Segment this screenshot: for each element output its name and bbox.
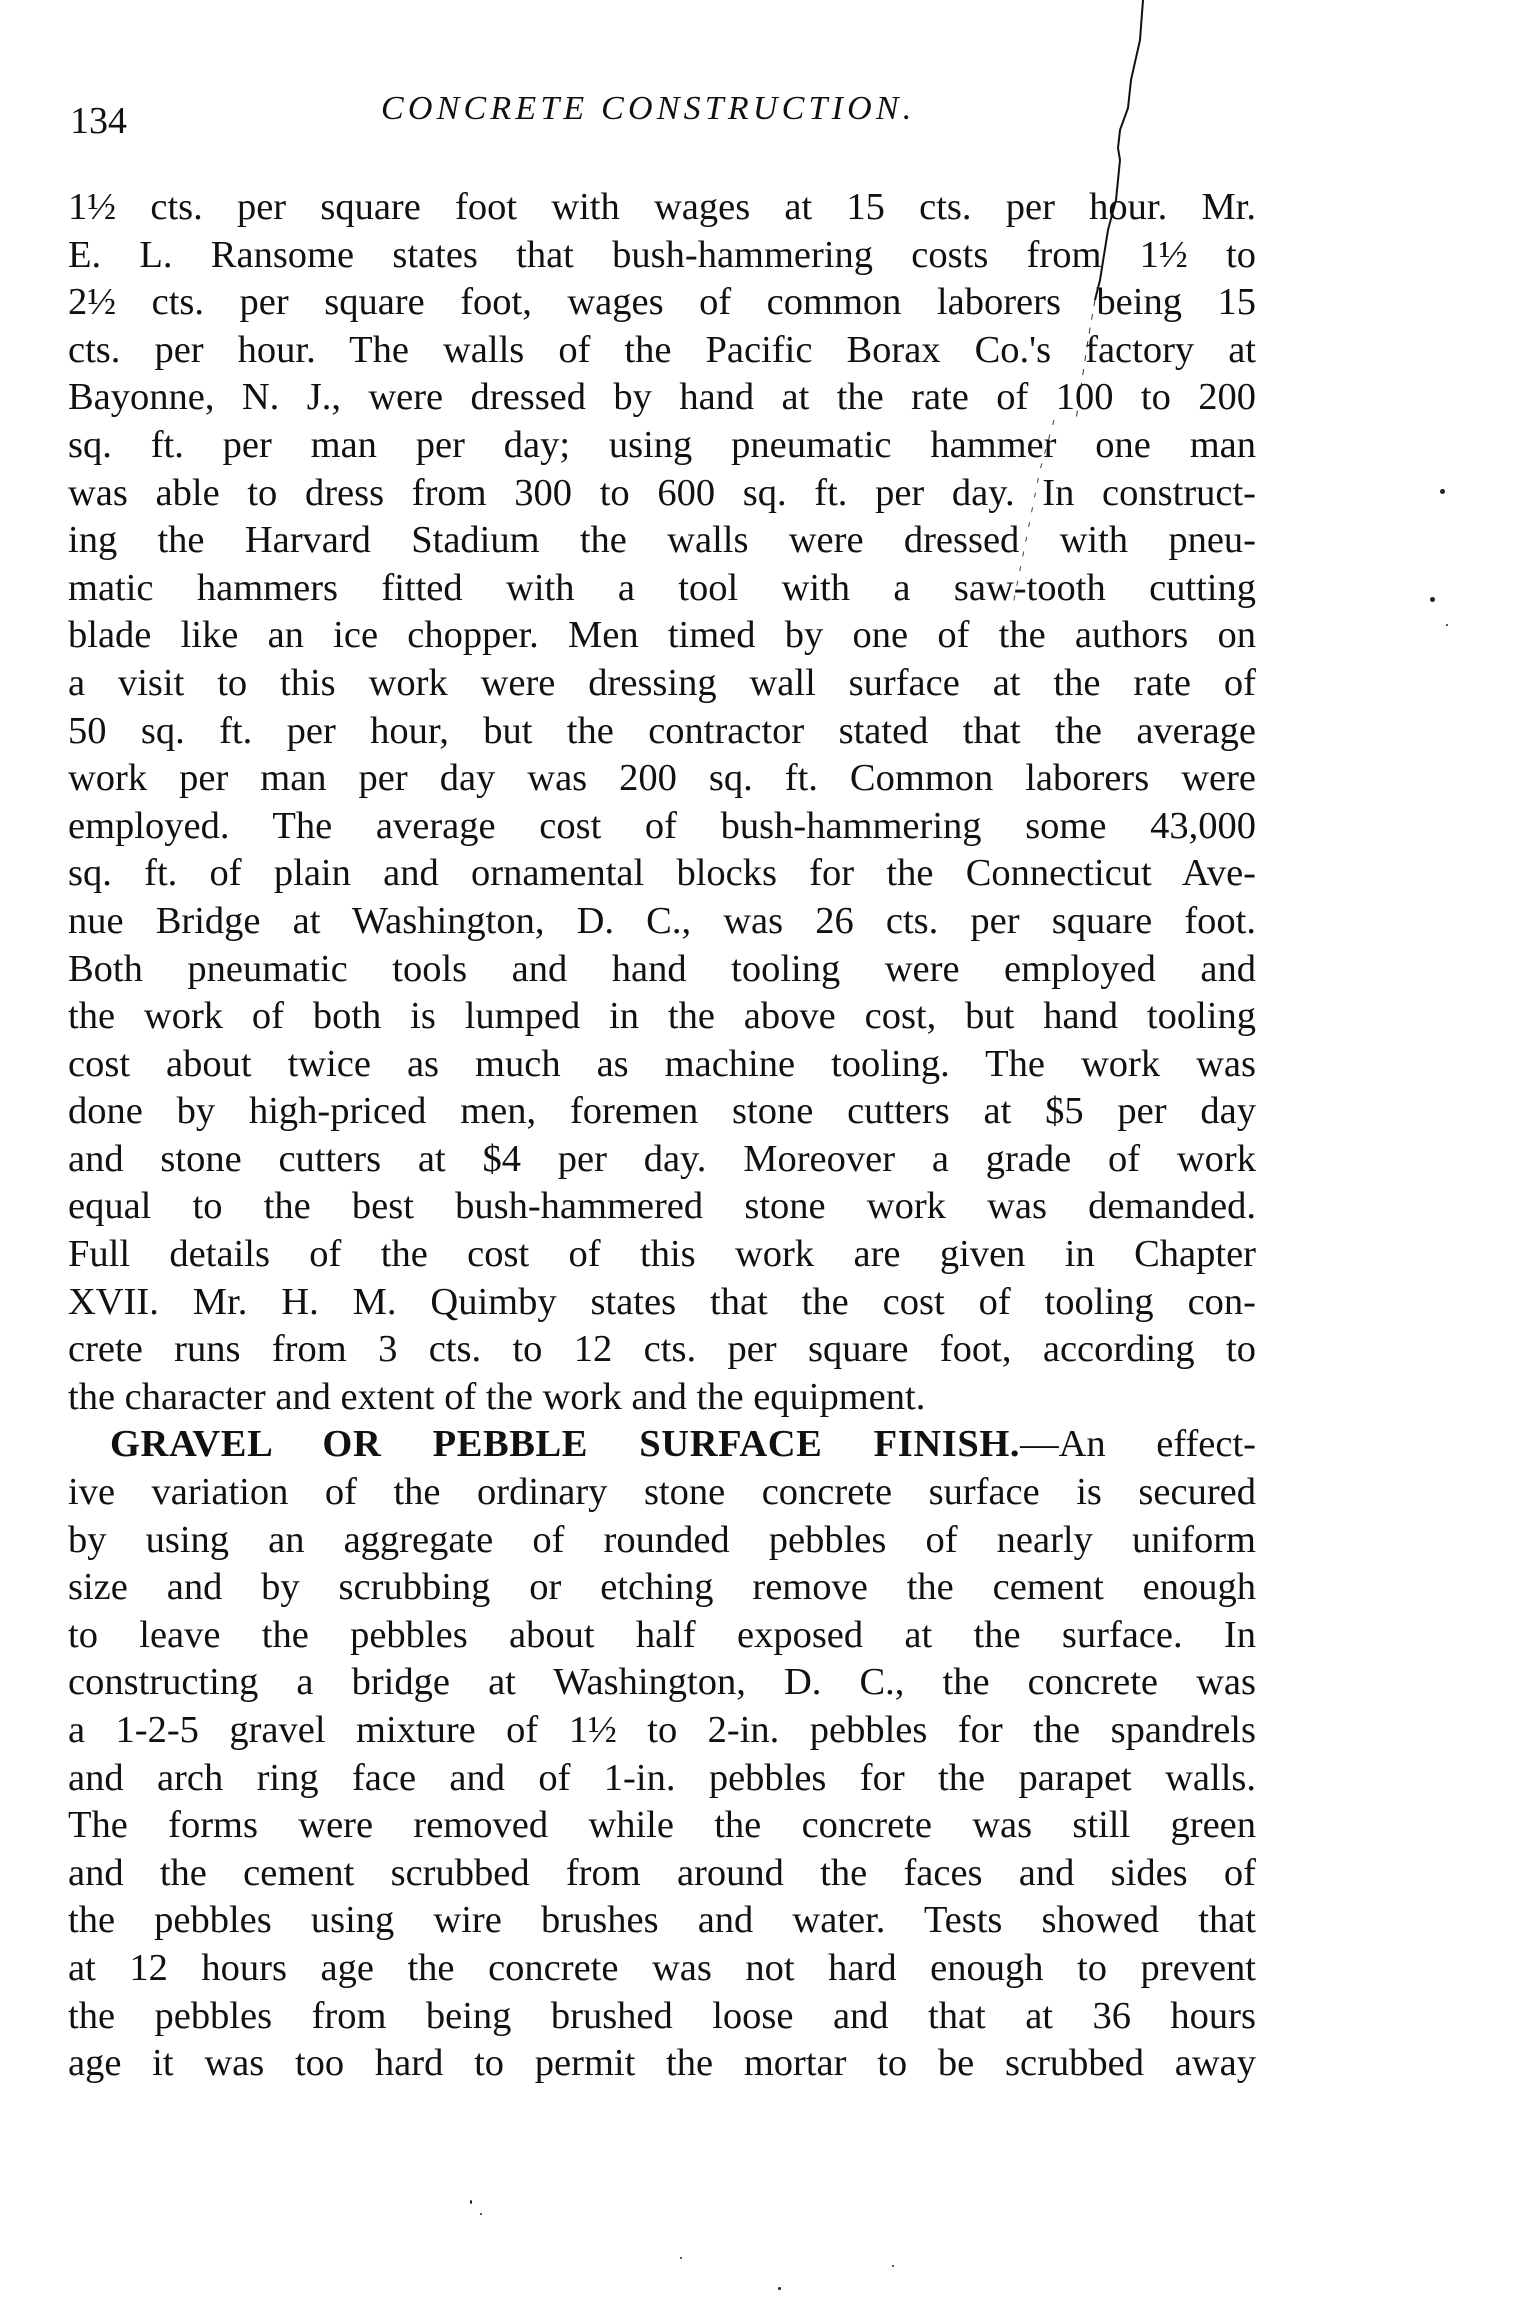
section-heading-line: GRAVEL OR PEBBLE SURFACE FINISH.—An effe… [68,1421,1256,1469]
text-line: done by high-priced men, foremen stone c… [68,1088,1256,1136]
speck [892,2265,894,2267]
text-line: by using an aggregate of rounded pebbles… [68,1517,1256,1565]
text-line: matic hammers fitted with a tool with a … [68,565,1256,613]
text-line: crete runs from 3 cts. to 12 cts. per sq… [68,1326,1256,1374]
text-line: the work of both is lumped in the above … [68,993,1256,1041]
section-heading-tail: —An effect- [1020,1423,1256,1465]
section-heading: GRAVEL OR PEBBLE SURFACE FINISH. [110,1423,1020,1465]
speck [480,2213,482,2215]
text-line: cost about twice as much as machine tool… [68,1041,1256,1089]
text-line: work per man per day was 200 sq. ft. Com… [68,755,1256,803]
text-line: constructing a bridge at Washington, D. … [68,1659,1256,1707]
text-line: 50 sq. ft. per hour, but the contractor … [68,708,1256,756]
text-line: sq. ft. per man per day; using pneumatic… [68,422,1256,470]
running-title: CONCRETE CONSTRUCTION. [381,92,915,126]
text-line: a visit to this work were dressing wall … [68,660,1256,708]
text-line: at 12 hours age the concrete was not har… [68,1945,1256,1993]
text-line: the pebbles from being brushed loose and… [68,1993,1256,2041]
text-line: sq. ft. of plain and ornamental blocks f… [68,850,1256,898]
text-line: and the cement scrubbed from around the … [68,1850,1256,1898]
text-line: XVII. Mr. H. M. Quimby states that the c… [68,1279,1256,1327]
book-page: 134 CONCRETE CONSTRUCTION. 1½ cts. per s… [0,0,1531,2297]
text-line: ive variation of the ordinary stone conc… [68,1469,1256,1517]
running-head: 134 CONCRETE CONSTRUCTION. [70,88,1256,136]
text-line: ing the Harvard Stadium the walls were d… [68,517,1256,565]
text-line: the pebbles using wire brushes and water… [68,1897,1256,1945]
text-line: employed. The average cost of bush-hamme… [68,803,1256,851]
text-line: Full details of the cost of this work ar… [68,1231,1256,1279]
text-line: and arch ring face and of 1-in. pebbles … [68,1755,1256,1803]
speck [1430,597,1435,602]
body-text: 1½ cts. per square foot with wages at 15… [68,184,1256,2088]
text-line: to leave the pebbles about half exposed … [68,1612,1256,1660]
text-line: a 1-2-5 gravel mixture of 1½ to 2-in. pe… [68,1707,1256,1755]
text-line: was able to dress from 300 to 600 sq. ft… [68,470,1256,518]
text-line: 1½ cts. per square foot with wages at 15… [68,184,1256,232]
text-line: Both pneumatic tools and hand tooling we… [68,946,1256,994]
text-line: size and by scrubbing or etching remove … [68,1564,1256,1612]
text-line: 2½ cts. per square foot, wages of common… [68,279,1256,327]
speck [680,2257,682,2259]
text-line: the character and extent of the work and… [68,1374,1256,1422]
text-line: E. L. Ransome states that bush-hammering… [68,232,1256,280]
page-number: 134 [70,102,127,140]
speck [778,2287,781,2290]
text-line: Bayonne, N. J., were dressed by hand at … [68,374,1256,422]
text-line: age it was too hard to permit the mortar… [68,2040,1256,2088]
text-line: nue Bridge at Washington, D. C., was 26 … [68,898,1256,946]
text-line: equal to the best bush-hammered stone wo… [68,1183,1256,1231]
speck [1440,489,1445,494]
text-line: and stone cutters at $4 per day. Moreove… [68,1136,1256,1184]
text-line: cts. per hour. The walls of the Pacific … [68,327,1256,375]
speck [470,2200,472,2204]
text-line: The forms were removed while the concret… [68,1802,1256,1850]
speck [1446,624,1448,626]
text-line: blade like an ice chopper. Men timed by … [68,612,1256,660]
